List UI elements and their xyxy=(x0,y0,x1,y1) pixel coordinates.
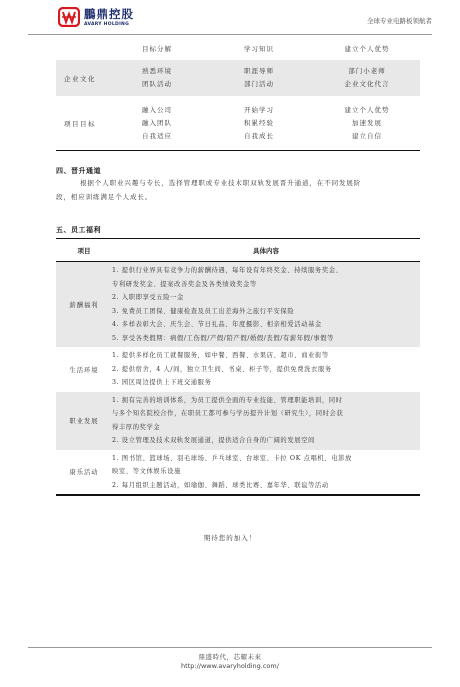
table-header: 项目 具体内容 xyxy=(56,239,420,262)
cell-text: 职涯导师 xyxy=(204,65,314,78)
cell-text: 积累经验 xyxy=(204,117,314,130)
section-title-benefits: 五、员工福利 xyxy=(56,225,101,235)
row-label: 项目目标 xyxy=(56,119,112,128)
cell-text: 企业文化代言 xyxy=(314,78,420,91)
cell-line: 与多个知名院校合作，在职员工都可参与学历提升计划（研究生），同时会获 xyxy=(112,407,420,421)
cell-line: 2. 设立管理及技术双轨发展通道，提供适合自身的广阔的发展空间 xyxy=(112,434,420,448)
brand-name-cn: 鵬鼎控股 xyxy=(84,6,134,22)
cell-text: 建立自信 xyxy=(314,130,420,143)
cell-text: 自我适应 xyxy=(142,130,204,143)
closing-message: 期待您的加入！ xyxy=(0,533,460,542)
brand-name-en: AVARY HOLDING xyxy=(84,22,129,27)
row-label: 康乐活动 xyxy=(56,467,112,476)
cell-text: 目标分解 xyxy=(142,43,204,56)
row-label: 生活环境 xyxy=(56,365,112,374)
avary-logo-icon xyxy=(58,7,80,27)
cell-text: 加速发展 xyxy=(314,117,420,130)
cell-line: 2. 入职即享受五险一金 xyxy=(112,291,420,305)
cell-line: 2. 提供宿舍，4 人/间，独立卫生间、书桌、柜子等，提供免费洗衣服务 xyxy=(112,363,420,377)
cell-line: 得丰厚的奖学金 xyxy=(112,421,420,435)
cell-text: 团队活动 xyxy=(142,78,204,91)
cell-text: 部门活动 xyxy=(204,78,314,91)
cell-line: 5. 享受各类假期：病假/工伤假/产假/陪产假/婚假/丧假/有薪年假/事假等 xyxy=(112,332,420,346)
paragraph-line: 根据个人职业兴趣与专长，选择管理职或专业技术职双轨发展晋升通道，在不同发展阶 xyxy=(56,176,420,190)
header-content: 具体内容 xyxy=(112,246,420,255)
cell-text: 建立个人优势 xyxy=(314,43,420,56)
table-row: 职业发展 1. 拥有完善的培训体系，为员工提供全面的专业技能、管理职能培训，同时… xyxy=(56,392,420,450)
cell-line: 4. 多样表彰大会、庆生会、节日礼品、年度摄影、相亲相爱活动基金 xyxy=(112,318,420,332)
page-header: 鵬鼎控股 AVARY HOLDING 全球专业电路板领航者 xyxy=(28,0,432,35)
cell-text: 学习知识 xyxy=(204,43,314,56)
paragraph-line: 段，相应训练满足个人成长。 xyxy=(56,190,420,204)
cell-line: 1. 提供多样化员工就餐服务，如中餐、西餐、水果店、超市、商业街等 xyxy=(112,349,420,363)
row-label: 薪酬福利 xyxy=(56,300,112,309)
table-row: 薪酬福利 1. 提供行业界具有竞争力的薪酬待遇，每年设有年终奖金、持续服务奖金、… xyxy=(56,262,420,347)
cell-text: 部门小老师 xyxy=(314,65,420,78)
cell-text: 熟悉环境 xyxy=(142,65,204,78)
section-title-promotion: 四、晋升通道 xyxy=(56,166,101,176)
cell-text: 建立个人优势 xyxy=(314,104,420,117)
page-footer: 鼎盛時代，芯耀未來 http://www.avaryholding.com/ xyxy=(28,647,432,670)
cell-text: 融入团队 xyxy=(142,117,204,130)
header-slogan: 全球专业电路板领航者 xyxy=(367,16,432,25)
table-row: 企业文化 熟悉环境 团队活动 职涯导师 部门活动 部门小老师 企业文化代言 xyxy=(56,60,420,96)
growth-plan-table: 目标分解 学习知识 建立个人优势 企业文化 熟悉环境 团队活动 职涯导师 部门活… xyxy=(56,38,420,151)
cell-line: 专利研发奖金、提案改善奖金及各类绩效奖金等 xyxy=(112,278,420,292)
cell-text: 自我成长 xyxy=(204,130,314,143)
cell-line: 映室、等文体娱乐设施 xyxy=(112,465,420,479)
cell-line: 1. 提供行业界具有竞争力的薪酬待遇，每年设有年终奖金、持续服务奖金、 xyxy=(112,264,420,278)
promotion-paragraph: 根据个人职业兴趣与专长，选择管理职或专业技术职双轨发展晋升通道，在不同发展阶 xyxy=(56,176,420,190)
benefits-table: 项目 具体内容 薪酬福利 1. 提供行业界具有竞争力的薪酬待遇，每年设有年终奖金… xyxy=(56,238,420,496)
header-item: 项目 xyxy=(56,246,112,255)
table-row: 生活环境 1. 提供多样化员工就餐服务，如中餐、西餐、水果店、超市、商业街等 2… xyxy=(56,347,420,392)
footer-motto: 鼎盛時代，芯耀未來 xyxy=(28,652,432,661)
cell-text: 融入公司 xyxy=(142,104,204,117)
cell-line: 3. 免费员工团保、健康检查及员工出差海外之旅行平安保险 xyxy=(112,305,420,319)
cell-text: 开始学习 xyxy=(204,104,314,117)
row-label: 企业文化 xyxy=(56,74,112,83)
table-row: 目标分解 学习知识 建立个人优势 xyxy=(56,38,420,60)
cell-line: 1. 图书馆、篮球场、羽毛球场、乒乓球室、台球室、卡拉 OK 点唱机、电影放 xyxy=(112,452,420,466)
cell-line: 1. 拥有完善的培训体系，为员工提供全面的专业技能、管理职能培训，同时 xyxy=(112,394,420,408)
footer-url[interactable]: http://www.avaryholding.com/ xyxy=(28,662,432,670)
promotion-paragraph-cont: 段，相应训练满足个人成长。 xyxy=(56,190,420,204)
table-row: 康乐活动 1. 图书馆、篮球场、羽毛球场、乒乓球室、台球室、卡拉 OK 点唱机、… xyxy=(56,450,420,497)
cell-line: 3. 园区周边提供上下班交通服务 xyxy=(112,376,420,390)
table-row: 项目目标 融入公司 融入团队 自我适应 开始学习 积累经验 自我成长 建立个人优… xyxy=(56,96,420,151)
row-label: 职业发展 xyxy=(56,416,112,425)
cell-line: 2. 每月组织主题活动，如瑜伽、舞蹈、球类比赛、嘉年华、联谊等活动 xyxy=(112,479,420,493)
